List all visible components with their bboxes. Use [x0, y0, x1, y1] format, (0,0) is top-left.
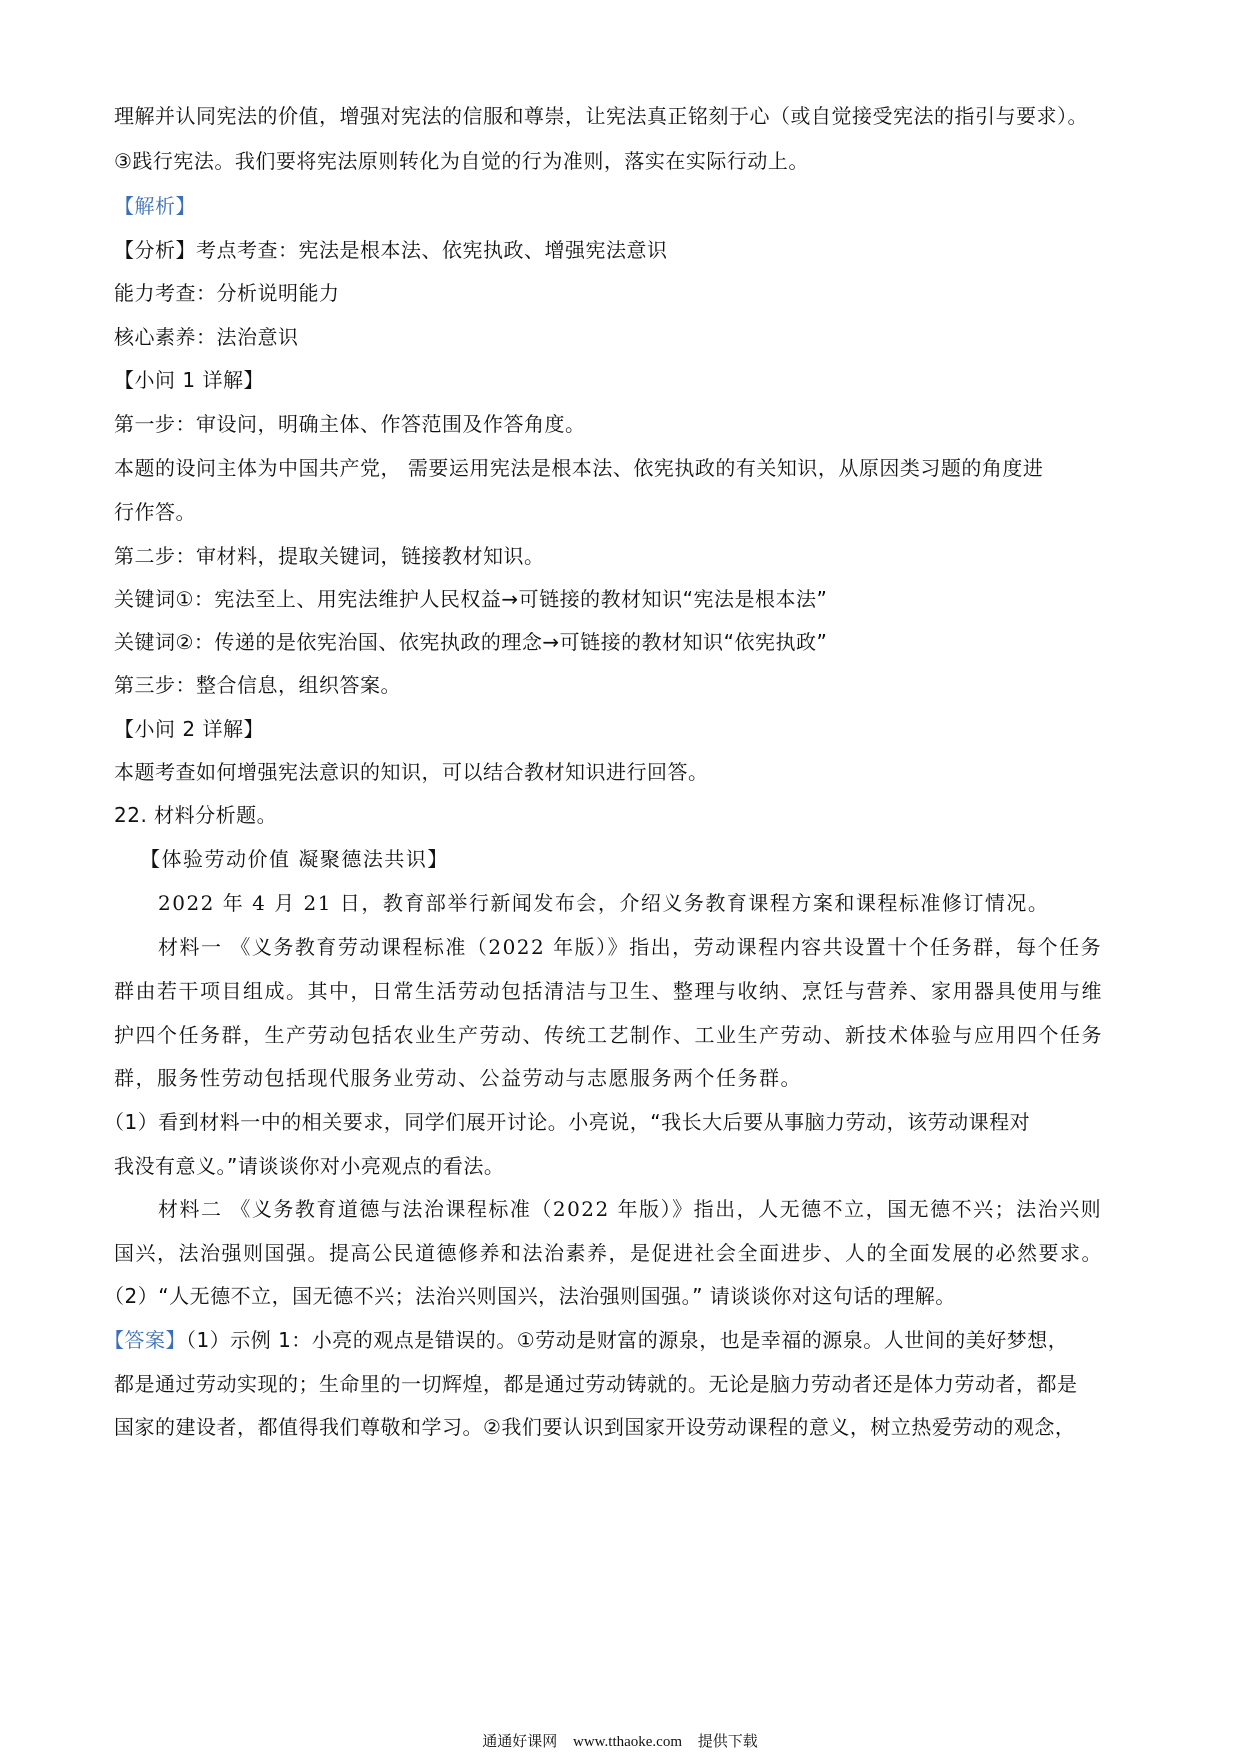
material-one: 材料一 《义务教育劳动课程标准（2022 年版）》指出，劳动课程内容共设置十个任… [158, 934, 1102, 960]
material-two: 材料二 《义务教育道德与法治课程标准（2022 年版）》指出，人无德不立，国无德… [158, 1196, 1102, 1222]
text-line: 核心素养：法治意识 [114, 324, 299, 350]
text-line: 群，服务性劳动包括现代服务业劳动、公益劳动与志愿服务两个任务群。 [114, 1065, 802, 1091]
question-1: （1）看到材料一中的相关要求，同学们展开讨论。小亮说，“我长大后要从事脑力劳动，… [104, 1109, 1030, 1135]
question-number: 22. 材料分析题。 [114, 802, 277, 828]
answer-line: 【答案】（1）示例 1：小亮的观点是错误的。①劳动是财富的源泉，也是幸福的源泉。… [104, 1327, 1068, 1353]
document-page: 理解并认同宪法的价值，增强对宪法的信服和尊崇，让宪法真正铭刻于心（或自觉接受宪法… [0, 0, 1240, 1754]
text-line: 本题的设问主体为中国共产党， 需要运用宪法是根本法、依宪执政的有关知识，从原因类… [114, 455, 1043, 481]
answer-text: （1）示例 1：小亮的观点是错误的。①劳动是财富的源泉，也是幸福的源泉。人世间的… [186, 1328, 1068, 1352]
text-line: 群由若干项目组成。其中，日常生活劳动包括清洁与卫生、整理与收纳、烹饪与营养、家用… [114, 978, 1103, 1004]
section-label-answer: 【答案】 [104, 1328, 186, 1352]
text-line: 本题考查如何增强宪法意识的知识，可以结合教材知识进行回答。 [114, 759, 709, 785]
question-2: （2）“人无德不立，国无德不兴；法治兴则国兴，法治强则国强。” 请谈谈你对这句话… [104, 1283, 956, 1309]
material-title: 【体验劳动价值 凝聚德法共识】 [140, 846, 449, 872]
text-line: 2022 年 4 月 21 日，教育部举行新闻发布会，介绍义务教育课程方案和课程… [158, 890, 1049, 916]
text-line: 【分析】考点考查：宪法是根本法、依宪执政、增强宪法意识 [114, 237, 668, 263]
text-line: 第一步：审设问，明确主体、作答范围及作答角度。 [114, 411, 586, 437]
footer-url[interactable]: www.tthaoke.com [573, 1734, 682, 1750]
subheading: 【小问 2 详解】 [114, 716, 264, 742]
section-label-analysis: 【解析】 [114, 193, 196, 219]
text-line: 护四个任务群，生产劳动包括农业生产劳动、传统工艺制作、工业生产劳动、新技术体验与… [114, 1022, 1103, 1048]
footer-site-name: 通通好课网 [482, 1734, 557, 1750]
footer-suffix: 提供下载 [698, 1734, 758, 1750]
subheading: 【小问 1 详解】 [114, 367, 264, 393]
text-line: 关键词①：宪法至上、用宪法维护人民权益→可链接的教材知识“宪法是根本法” [114, 586, 827, 612]
text-line: 国家的建设者，都值得我们尊敬和学习。②我们要认识到国家开设劳动课程的意义，树立热… [114, 1414, 1075, 1440]
text-line: 理解并认同宪法的价值，增强对宪法的信服和尊崇，让宪法真正铭刻于心（或自觉接受宪法… [114, 103, 1088, 129]
text-line: ③践行宪法。我们要将宪法原则转化为自觉的行为准则，落实在实际行动上。 [114, 148, 809, 174]
text-line: 第二步：审材料，提取关键词，链接教材知识。 [114, 543, 545, 569]
text-line: 能力考查：分析说明能力 [114, 280, 340, 306]
text-line: 我没有意义。”请谈谈你对小亮观点的看法。 [114, 1153, 504, 1179]
text-line: 第三步：整合信息，组织答案。 [114, 672, 401, 698]
page-footer: 通通好课网 www.tthaoke.com 提供下载 [0, 1730, 1240, 1751]
text-line: 国兴，法治强则国强。提高公民道德修养和法治素养，是促进社会全面进步、人的全面发展… [114, 1240, 1103, 1266]
text-line: 关键词②：传递的是依宪治国、依宪执政的理念→可链接的教材知识“依宪执政” [114, 629, 827, 655]
text-line: 都是通过劳动实现的；生命里的一切辉煌，都是通过劳动铸就的。无论是脑力劳动者还是体… [114, 1371, 1078, 1397]
text-line: 行作答。 [114, 499, 196, 525]
